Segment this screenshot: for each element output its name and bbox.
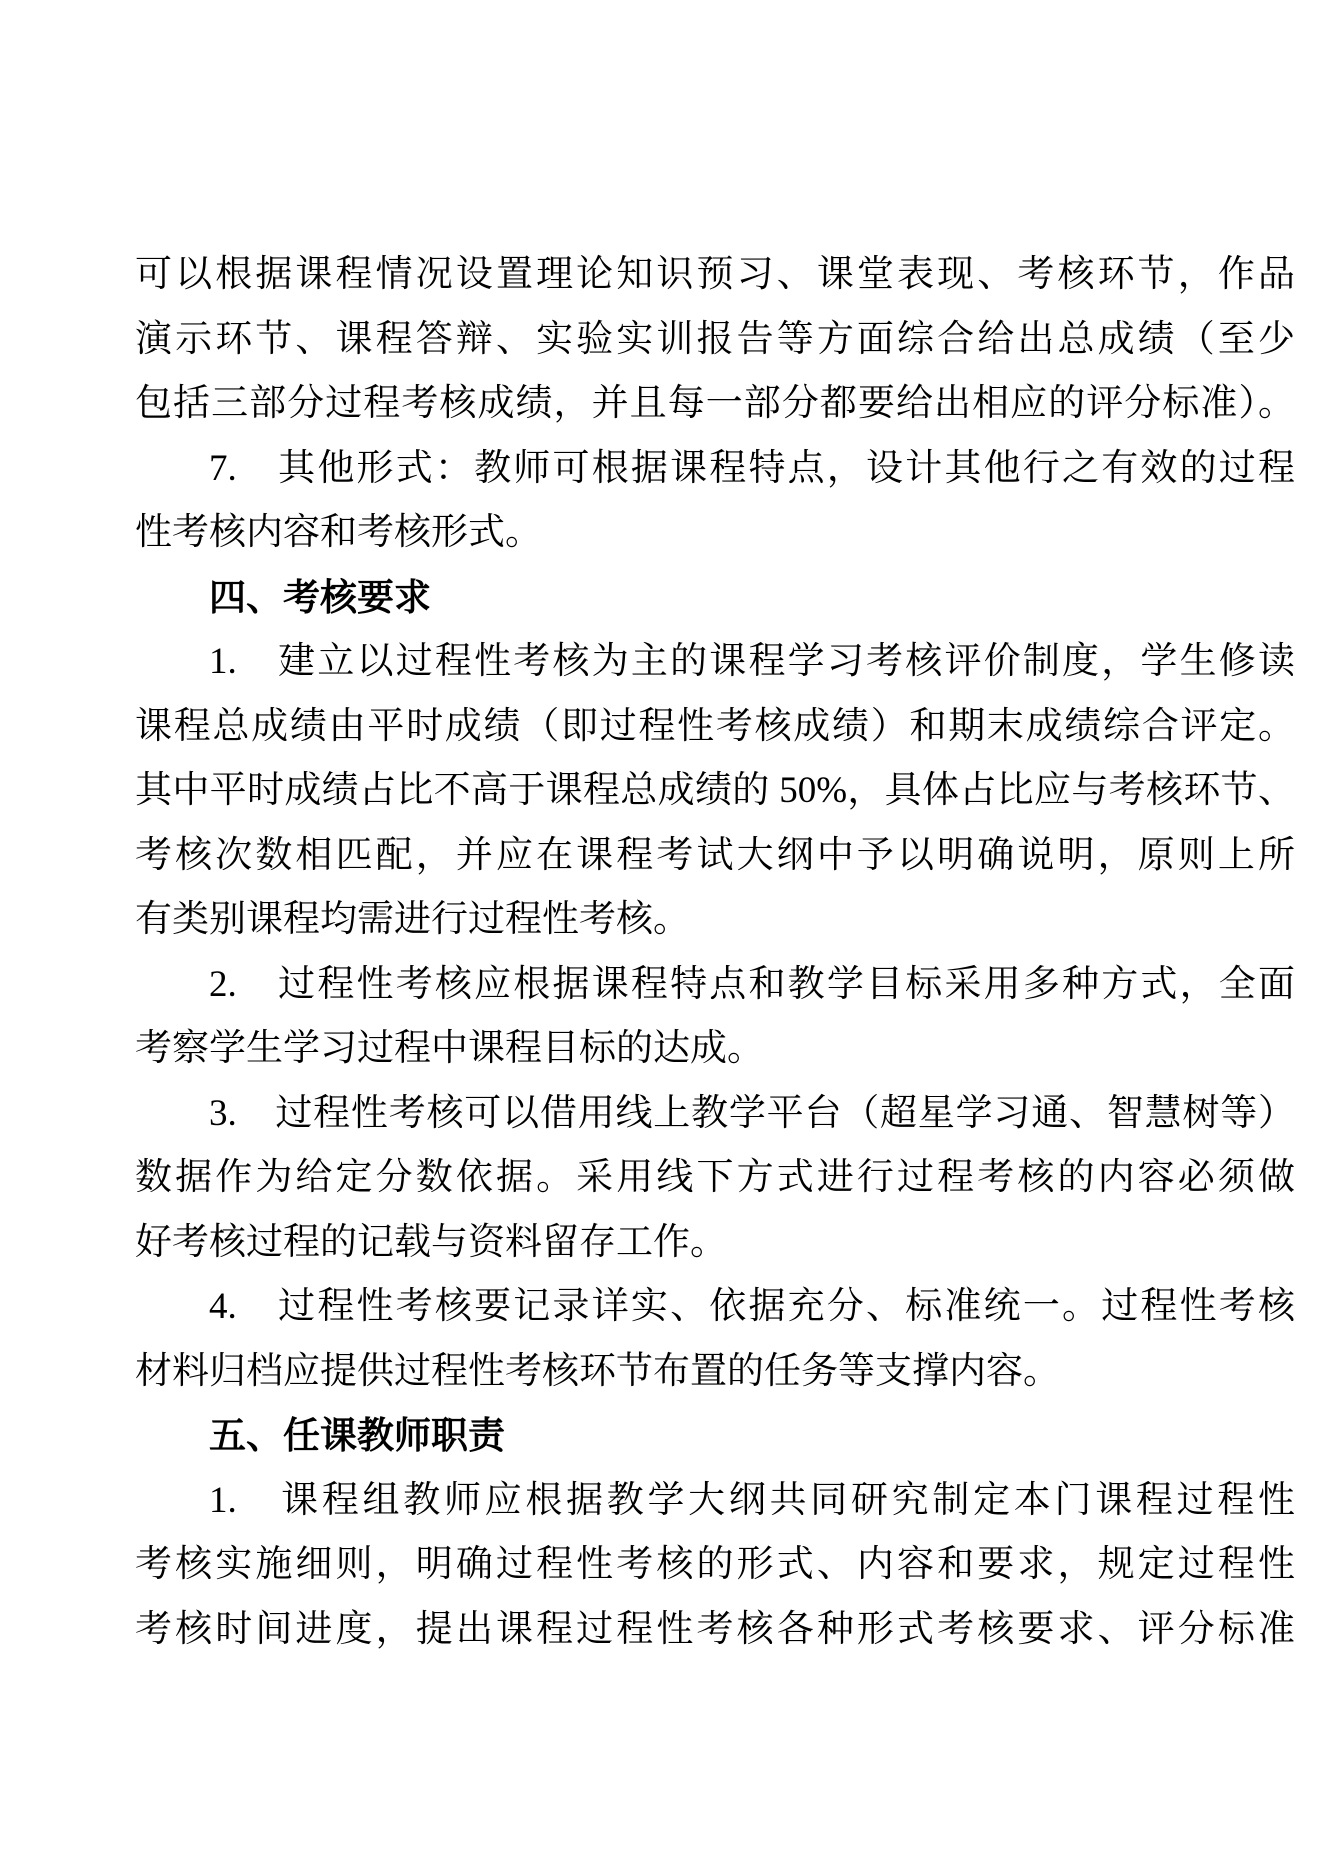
- document-line: 材料归档应提供过程性考核环节布置的任务等支撑内容。: [135, 1340, 1295, 1405]
- heading-assessment-requirements: 四、考核要求: [135, 566, 1295, 631]
- document-line: 考核实施细则，明确过程性考核的形式、内容和要求，规定过程性: [135, 1533, 1295, 1598]
- document-line: 4. 过程性考核要记录详实、依据充分、标准统一。过程性考核: [135, 1275, 1295, 1340]
- document-line: 1. 建立以过程性考核为主的课程学习考核评价制度，学生修读: [135, 630, 1295, 695]
- document-page: 可以根据课程情况设置理论知识预习、课堂表现、考核环节，作品 演示环节、课程答辩、…: [0, 0, 1323, 1871]
- document-line: 1. 课程组教师应根据教学大纲共同研究制定本门课程过程性: [135, 1469, 1295, 1534]
- document-line: 数据作为给定分数依据。采用线下方式进行过程考核的内容必须做: [135, 1146, 1295, 1211]
- document-line: 考察学生学习过程中课程目标的达成。: [135, 1017, 1295, 1082]
- document-line: 7. 其他形式：教师可根据课程特点，设计其他行之有效的过程: [135, 437, 1295, 502]
- document-line: 演示环节、课程答辩、实验实训报告等方面综合给出总成绩（至少: [135, 308, 1295, 373]
- document-line: 课程总成绩由平时成绩（即过程性考核成绩）和期末成绩综合评定。: [135, 695, 1295, 760]
- document-body: 可以根据课程情况设置理论知识预习、课堂表现、考核环节，作品 演示环节、课程答辩、…: [135, 243, 1295, 1662]
- document-line: 其中平时成绩占比不高于课程总成绩的 50%，具体占比应与考核环节、: [135, 759, 1295, 824]
- document-line: 2. 过程性考核应根据课程特点和教学目标采用多种方式，全面: [135, 953, 1295, 1018]
- document-line: 可以根据课程情况设置理论知识预习、课堂表现、考核环节，作品: [135, 243, 1295, 308]
- document-line: 包括三部分过程考核成绩，并且每一部分都要给出相应的评分标准）。: [135, 372, 1295, 437]
- document-line: 考核时间进度，提出课程过程性考核各种形式考核要求、评分标准: [135, 1598, 1295, 1663]
- heading-teacher-duties: 五、任课教师职责: [135, 1404, 1295, 1469]
- document-line: 好考核过程的记载与资料留存工作。: [135, 1211, 1295, 1276]
- document-line: 有类别课程均需进行过程性考核。: [135, 888, 1295, 953]
- document-line: 性考核内容和考核形式。: [135, 501, 1295, 566]
- document-line: 考核次数相匹配，并应在课程考试大纲中予以明确说明，原则上所: [135, 824, 1295, 889]
- document-line: 3. 过程性考核可以借用线上教学平台（超星学习通、智慧树等）: [135, 1082, 1295, 1147]
